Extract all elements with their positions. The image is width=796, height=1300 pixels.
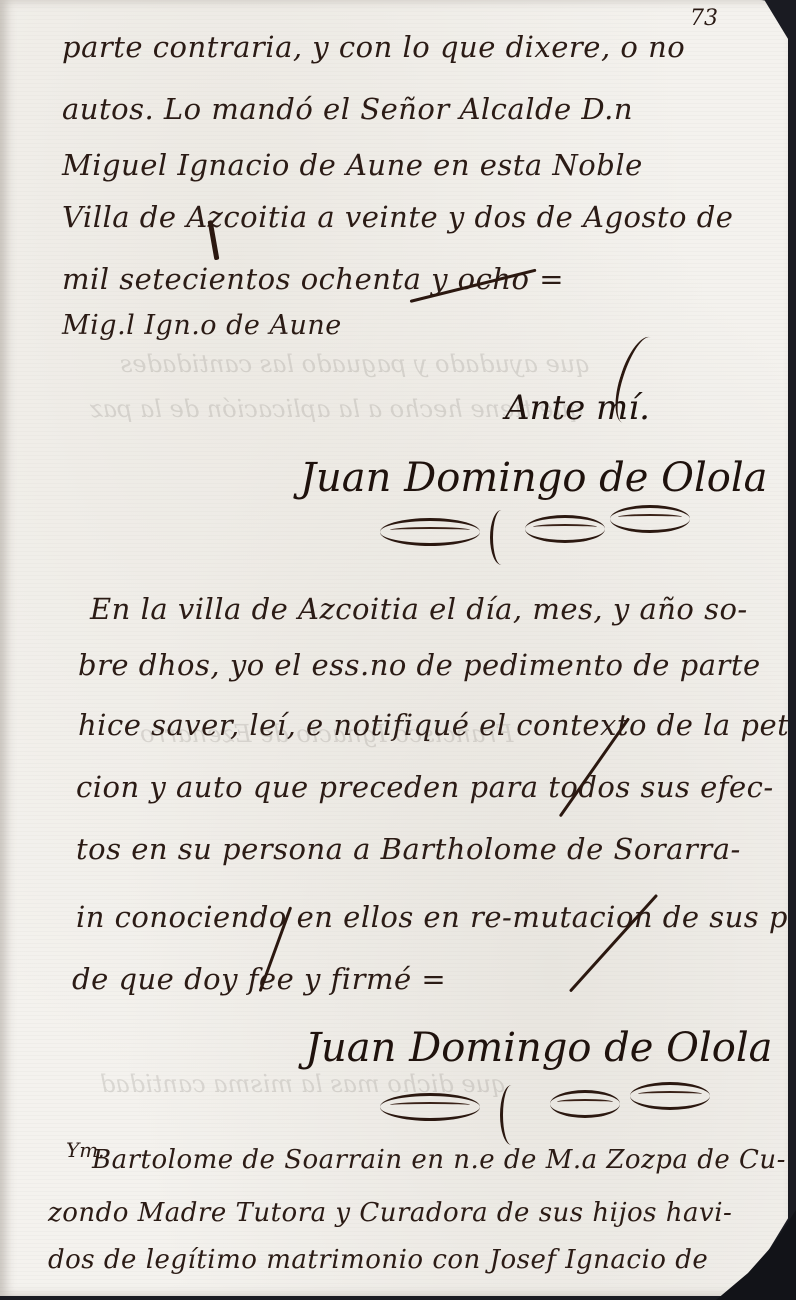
show-through-text: que ayudado y paguado las cantidades	[120, 350, 591, 378]
text-line: bre dhos, yo el ess.no de pedimento de p…	[78, 648, 761, 682]
signature-rubric	[630, 1082, 710, 1110]
signature-alcalde: Mig.l Ign.o de Aune	[62, 310, 342, 341]
text-line: mil setecientos ochenta y ocho =	[62, 262, 564, 296]
text-line: Villa de Azcoitia a veinte y dos de Agos…	[62, 200, 733, 234]
text-line: tos en su persona a Bartholome de Sorarr…	[76, 832, 741, 866]
signature-rubric	[380, 518, 480, 546]
ante-mi-text: Ante mí.	[505, 388, 650, 428]
notary-signature: Juan Domingo de Olola	[300, 455, 767, 501]
text-line: parte contraria, y con lo que dixere, o …	[62, 30, 685, 64]
flourish-mark	[500, 1085, 523, 1145]
text-line: dos de legítimo matrimonio con Josef Ign…	[48, 1245, 708, 1275]
flourish-mark	[490, 510, 513, 565]
text-line: Miguel Ignacio de Aune en esta Noble	[62, 148, 643, 182]
text-line: cion y auto que preceden para todos sus …	[76, 770, 774, 804]
notary-signature: Juan Domingo de Olola	[305, 1025, 772, 1071]
text-line: Bartolome de Soarrain en n.e de M.a Zozp…	[92, 1145, 786, 1175]
text-line: zondo Madre Tutora y Curadora de sus hij…	[48, 1198, 732, 1228]
signature-rubric	[610, 505, 690, 533]
signature-rubric	[380, 1093, 480, 1121]
text-line: autos. Lo mandó el Señor Alcalde D.n	[62, 92, 633, 126]
manuscript-page: que ayudado y paguado las cantidades que…	[0, 0, 788, 1296]
text-line: in conociendo en ellos en re-mutacion de…	[76, 900, 796, 934]
signature-rubric	[525, 515, 605, 543]
text-line: En la villa de Azcoitia el día, mes, y a…	[90, 592, 748, 626]
text-line: hice saver, leí, e notifiqué el contexto…	[78, 708, 796, 742]
folio-number: 73	[690, 6, 718, 31]
signature-rubric	[550, 1090, 620, 1118]
